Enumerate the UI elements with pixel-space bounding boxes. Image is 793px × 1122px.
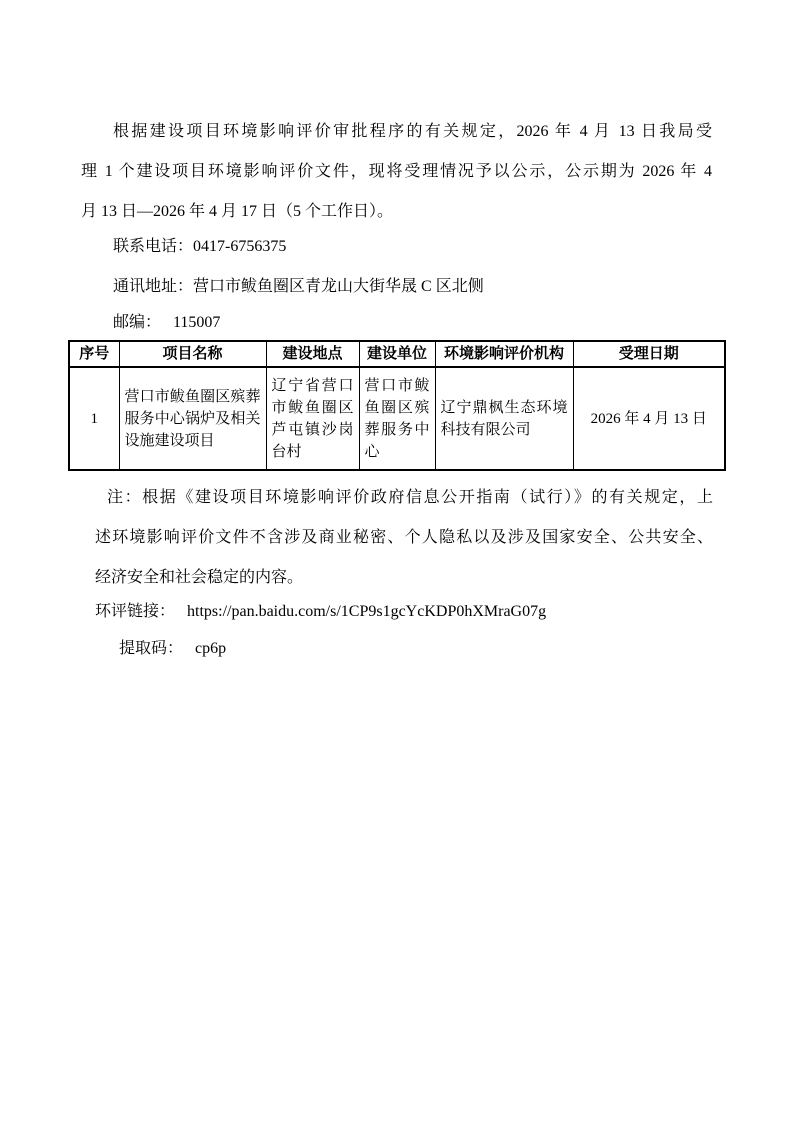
eia-link-line: 环评链接：https://pan.baidu.com/s/1CP9s1gcYcK… (95, 592, 546, 632)
note-paragraph: 注：根据《建设项目环境影响评价政府信息公开指南（试行）》的有关规定，上 述环境影… (95, 478, 713, 598)
cell-project-name: 营口市鲅鱼圈区殡葬服务中心锅炉及相关设施建设项目 (119, 367, 266, 470)
eia-link-label: 环评链接： (95, 603, 175, 620)
note-line-1: 注：根据《建设项目环境影响评价政府信息公开指南（试行）》的有关规定，上 (95, 478, 713, 518)
extract-code-label: 提取码： (119, 640, 183, 657)
table-header-row: 序号 项目名称 建设地点 建设单位 环境影响评价机构 受理日期 (69, 341, 725, 367)
intro-line-2: 理 1 个建设项目环境影响评价文件，现将受理情况予以公示，公示期为 2026 年… (81, 152, 712, 192)
extract-code-value: cp6p (195, 640, 226, 657)
header-eia-agency: 环境影响评价机构 (435, 341, 573, 367)
contact-zip-line: 邮编：115007 (113, 303, 220, 343)
acceptance-table: 序号 项目名称 建设地点 建设单位 环境影响评价机构 受理日期 1 营口市鲅鱼圈… (68, 340, 726, 471)
header-location: 建设地点 (266, 341, 359, 367)
cell-accept-date: 2026 年 4 月 13 日 (573, 367, 725, 470)
contact-address-line: 通讯地址：营口市鲅鱼圈区青龙山大街华晟 C 区北侧 (113, 267, 484, 307)
header-accept-date: 受理日期 (573, 341, 725, 367)
cell-location: 辽宁省营口市鲅鱼圈区芦屯镇沙岗台村 (266, 367, 359, 470)
header-project-name: 项目名称 (119, 341, 266, 367)
contact-phone-value: 0417-6756375 (193, 238, 286, 255)
intro-line-1: 根据建设项目环境影响评价审批程序的有关规定，2026 年 4 月 13 日我局受 (81, 112, 712, 152)
contact-phone-line: 联系电话：0417-6756375 (113, 227, 286, 267)
contact-address-label: 通讯地址： (113, 278, 193, 295)
document-page: 根据建设项目环境影响评价审批程序的有关规定，2026 年 4 月 13 日我局受… (0, 0, 793, 1122)
intro-paragraph: 根据建设项目环境影响评价审批程序的有关规定，2026 年 4 月 13 日我局受… (81, 112, 712, 232)
cell-eia-agency: 辽宁鼎枫生态环境科技有限公司 (435, 367, 573, 470)
header-builder: 建设单位 (359, 341, 435, 367)
cell-builder: 营口市鲅鱼圈区殡葬服务中心 (359, 367, 435, 470)
note-line-2: 述环境影响评价文件不含涉及商业秘密、个人隐私以及涉及国家安全、公共安全、 (95, 518, 713, 558)
extract-code-line: 提取码：cp6p (119, 629, 226, 669)
contact-zip-label: 邮编： (113, 314, 161, 331)
header-seq: 序号 (69, 341, 119, 367)
contact-zip-value: 115007 (173, 314, 220, 331)
table-row: 1 营口市鲅鱼圈区殡葬服务中心锅炉及相关设施建设项目 辽宁省营口市鲅鱼圈区芦屯镇… (69, 367, 725, 470)
cell-seq: 1 (69, 367, 119, 470)
intro-line-3: 月 13 日—2026 年 4 月 17 日（5 个工作日）。 (81, 192, 712, 232)
contact-address-value: 营口市鲅鱼圈区青龙山大街华晟 C 区北侧 (193, 278, 484, 295)
contact-phone-label: 联系电话： (113, 238, 193, 255)
eia-link-url[interactable]: https://pan.baidu.com/s/1CP9s1gcYcKDP0hX… (187, 603, 546, 620)
